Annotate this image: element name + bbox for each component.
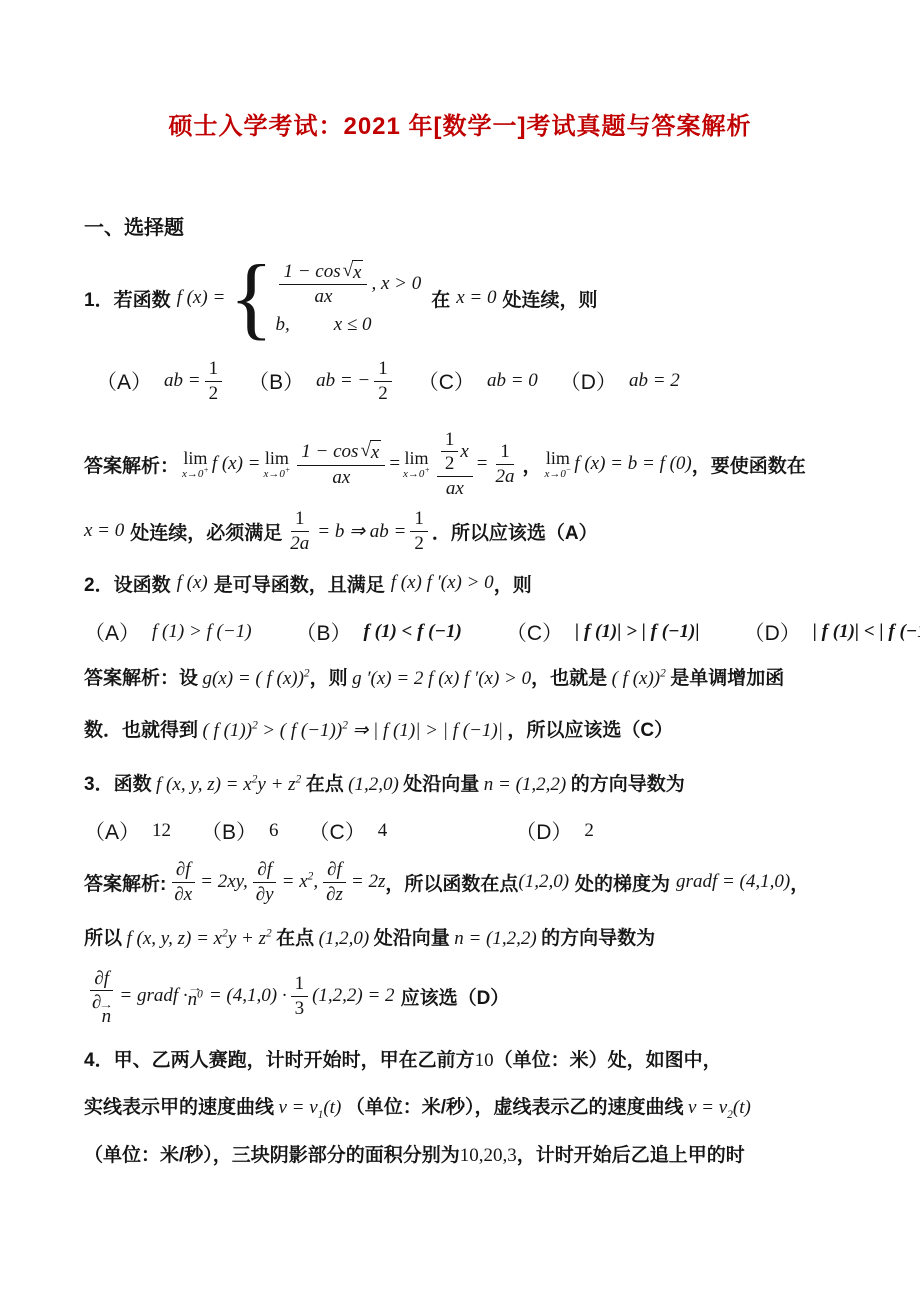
option-c-label: （C） — [506, 617, 563, 647]
option-a-label: （A） — [84, 617, 140, 647]
q1-intro: 1．若函数 — [84, 285, 171, 312]
q1-fx: f (x) = — [177, 287, 226, 309]
sqrt-expression: √ x — [358, 440, 381, 463]
q1-x0: x = 0 — [456, 287, 496, 309]
option-d-label: （D） — [515, 816, 572, 846]
answer-label: 答案解析： — [84, 668, 179, 689]
option-b-label: （B） — [201, 816, 257, 846]
q1-piecewise-function: { 1 − cos √ x ax , x > 0 — [229, 260, 421, 337]
question-3-stem: 3．函数 f (x, y, z) = x2y + z2 在点 (1,2,0) 处… — [84, 770, 854, 800]
q2-option-c: （C） | f (1)| > | f (−1)| — [506, 617, 700, 647]
sqrt-expression: √ x — [341, 260, 364, 283]
answer-3-line-2: 所以 f (x, y, z) = x2y + z2 在点 (1,2,0) 处沿向… — [84, 924, 854, 956]
answer-2-line-2: 数．也就得到 ( f (1))2 > ( f (−1))2 ⇒ | f (1)|… — [84, 716, 854, 752]
q1-option-a: （A） ab = 1 2 — [96, 358, 226, 404]
q2-option-b: （B） f (1) < f (−1) — [296, 617, 462, 647]
question-1-options: （A） ab = 1 2 （B） ab = − 1 2 （C） ab = 0 （… — [96, 356, 854, 406]
question-4-line-3: （单位：米/秒），三块阴影部分的面积分别为10,20,3，计时开始后乙追上甲的时 — [84, 1141, 854, 1170]
q1-option-c: （C） ab = 0 — [418, 366, 538, 396]
q1-post: 处连续，则 — [503, 285, 598, 312]
question-4-line-1: 4．甲、乙两人赛跑，计时开始时，甲在乙前方10（单位：米）处，如图中， — [84, 1046, 854, 1075]
q1-case-bottom: b, x ≤ 0 — [275, 314, 421, 336]
option-d-label: （D） — [744, 617, 801, 647]
fraction-1-minus-cos: 1 − cos √ x ax — [297, 440, 385, 488]
option-c-label: （C） — [418, 366, 475, 396]
section-heading: 一、选择题 — [84, 211, 854, 240]
q3-option-b: （B） 6 — [201, 816, 279, 846]
answer-1-line-2: x = 0 处连续，必须满足 1 2a = b ⇒ ab = 1 2 ．所以应该… — [84, 508, 854, 554]
q3-option-d: （D） 2 — [515, 816, 594, 846]
page-title: 硕士入学考试：2021 年[数学一]考试真题与答案解析 — [0, 106, 920, 141]
q3-option-a: （A） 12 — [84, 816, 171, 846]
question-2-options: （A） f (1) > f (−1) （B） f (1) < f (−1) （C… — [84, 616, 854, 648]
curly-brace: { — [229, 260, 273, 335]
q3-option-c: （C） 4 — [309, 816, 388, 846]
unit-vector-n0: → n0 — [188, 985, 203, 1007]
fraction-1-3: 1 3 — [291, 973, 309, 1019]
q2-option-a: （A） f (1) > f (−1) — [84, 617, 252, 647]
a3-conclusion: 应该选（D） — [401, 983, 510, 1010]
answer-2-line-1: 答案解析：设 g(x) = ( f (x))2，则 g ′(x) = 2 f (… — [84, 664, 854, 700]
fraction-1-2: 1 2 — [410, 508, 428, 554]
q2-option-d: （D） | f (1)| < | f (−1)| — [744, 617, 920, 647]
fraction-1-2: 1 2 — [374, 358, 392, 404]
q1-option-d: （D） ab = 2 — [560, 366, 680, 396]
a1-tail: 要使函数在 — [711, 451, 806, 478]
partial-df-dn: ∂f ∂→n — [88, 968, 115, 1024]
answer-3-line-3: ∂f ∂→n = gradf · → n0 = (4,1,0) · 1 3 (1… — [84, 968, 854, 1024]
limit-x-to-0plus: lim x→0+ — [264, 449, 291, 480]
q1-fraction: 1 − cos √ x ax — [279, 260, 367, 308]
limit-x-to-0plus: lim x→0+ — [403, 449, 430, 480]
limit-x-to-0plus: lim x→0+ — [182, 449, 209, 480]
q1-option-b: （B） ab = − 1 2 — [248, 358, 396, 404]
vector-n: →n — [101, 1002, 111, 1024]
option-b-label: （B） — [296, 617, 352, 647]
partial-df-dy: ∂f ∂y — [252, 859, 278, 905]
fraction-1-2: 1 2 — [441, 429, 459, 475]
fraction-halfx-ax: 1 2 x ax — [437, 429, 473, 499]
fraction-1-2: 1 2 — [205, 358, 223, 404]
answer-label: 答案解析: — [84, 869, 166, 896]
partial-df-dz: ∂f ∂z — [322, 859, 347, 905]
vector-arrow: → — [99, 1002, 114, 1010]
gradient-value: gradf = (4,1,0) — [676, 871, 790, 893]
question-1-stem: 1．若函数 f (x) = { 1 − cos √ x ax — [84, 256, 854, 340]
exam-document-page: 硕士入学考试：2021 年[数学一]考试真题与答案解析 一、选择题 1．若函数 … — [0, 0, 920, 1302]
q1-mid: 在 — [431, 285, 450, 312]
q1-cond-top: , x > 0 — [371, 273, 421, 295]
option-a-label: （A） — [84, 816, 140, 846]
answer-3-line-1: 答案解析: ∂f ∂x = 2xy, ∂f ∂y = x2, ∂f ∂z = 2… — [84, 856, 854, 908]
option-d-label: （D） — [560, 366, 617, 396]
option-a-label: （A） — [96, 366, 152, 396]
question-3-options: （A） 12 （B） 6 （C） 4 （D） 2 — [84, 816, 854, 846]
vector-arrow: → — [188, 985, 203, 993]
option-b-label: （B） — [248, 366, 304, 396]
answer-1-line-1: 答案解析： lim x→0+ f (x) = lim x→0+ 1 − cos … — [84, 422, 854, 506]
answer-label: 答案解析： — [84, 451, 179, 478]
question-4-line-2: 实线表示甲的速度曲线 v = v1(t) （单位：米/秒），虚线表示乙的速度曲线… — [84, 1093, 854, 1122]
fraction-1-2a: 1 2a — [286, 508, 313, 554]
fraction-1-2a: 1 2a — [492, 441, 519, 487]
a1-conclusion: ．所以应该选（A） — [432, 518, 598, 545]
option-c-label: （C） — [309, 816, 366, 846]
q1-cond-bottom: x ≤ 0 — [334, 314, 372, 336]
q1-case-top: 1 − cos √ x ax , x > 0 — [275, 260, 421, 308]
a1-x0: x = 0 — [84, 520, 124, 542]
question-2-stem: 2．设函数 f (x) 是可导函数，且满足 f (x) f ′(x) > 0 ，… — [84, 568, 854, 598]
partial-df-dx: ∂f ∂x — [170, 859, 196, 905]
a2-conclusion: ，所以应该选（C） — [507, 720, 673, 741]
limit-x-to-0minus: lim x→0− — [545, 449, 572, 480]
